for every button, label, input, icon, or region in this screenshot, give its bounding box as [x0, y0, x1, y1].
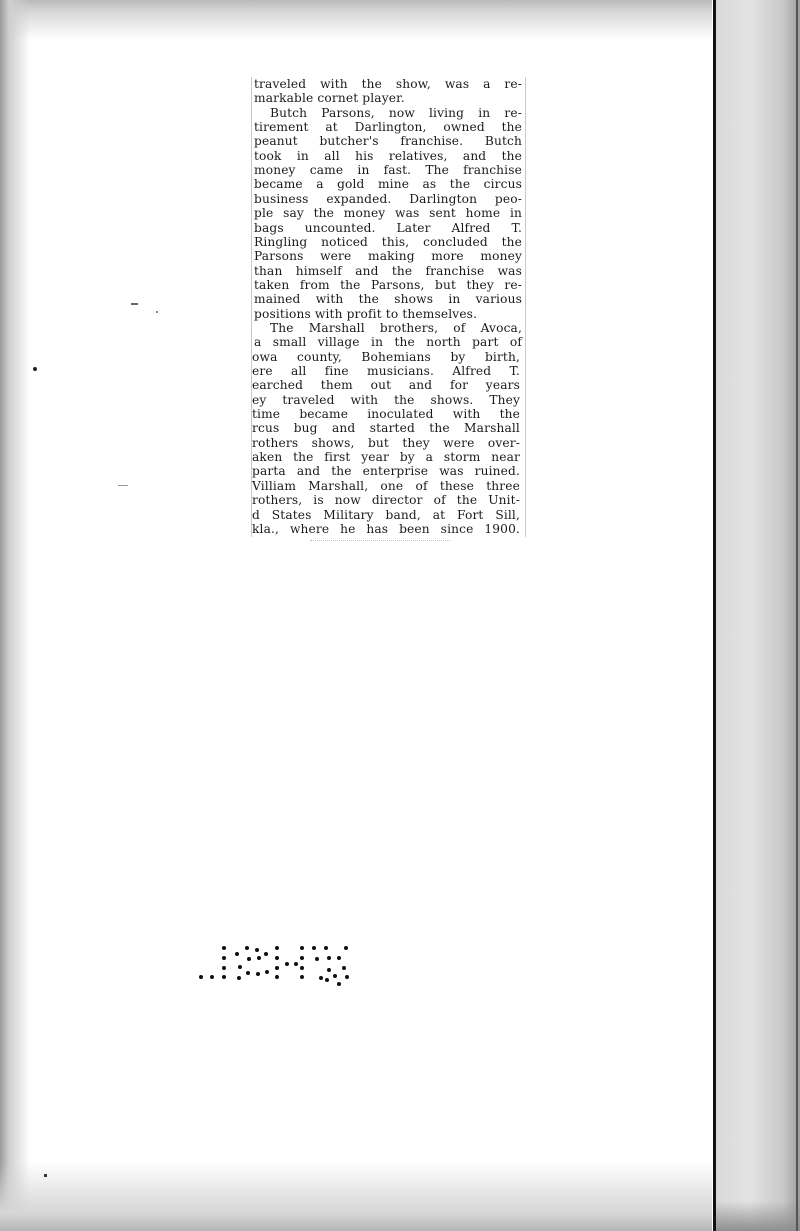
- scan-speck: [118, 485, 128, 486]
- perforation-dot: [315, 957, 319, 961]
- perforation-dot: [255, 948, 259, 952]
- article-line: Ringling noticed this, concluded the: [254, 235, 522, 249]
- article-line: markable cornet player.: [254, 91, 522, 105]
- article-line: d States Military band, at Fort Sill,: [252, 508, 520, 522]
- perforation-dot: [300, 946, 304, 950]
- article-line: bags uncounted. Later Alfred T.: [254, 221, 522, 235]
- article-line: traveled with the show, was a re-: [254, 77, 522, 91]
- perforation-dot: [265, 970, 269, 974]
- adjacent-page-strip: [716, 0, 800, 1231]
- perforation-dot: [294, 962, 298, 966]
- perforation-dot: [238, 965, 242, 969]
- perforation-dot: [257, 956, 261, 960]
- scan-speck: [44, 1174, 47, 1177]
- perforation-dot: [327, 968, 331, 972]
- article-line: mained with the shows in various: [254, 292, 522, 306]
- article-line: money came in fast. The franchise: [254, 163, 522, 177]
- paper-edge-top: [0, 0, 712, 40]
- perforation-dot: [285, 962, 289, 966]
- perforation-dot: [312, 946, 316, 950]
- article-line: rcus bug and started the Marshall: [252, 421, 520, 435]
- perforation-dot: [337, 956, 341, 960]
- outer-edge-line: [796, 0, 798, 1231]
- perforation-dot: [342, 966, 346, 970]
- article-line: business expanded. Darlington peo-: [254, 192, 522, 206]
- article-line: kla., where he has been since 1900.: [252, 522, 520, 536]
- perforation-dot: [275, 946, 279, 950]
- article-line: a small village in the north part of: [254, 335, 522, 349]
- perforation-dot: [319, 976, 323, 980]
- article-line: took in all his relatives, and the: [254, 149, 522, 163]
- article-line: rothers shows, but they were over-: [252, 436, 520, 450]
- article-line: taken from the Parsons, but they re-: [254, 278, 522, 292]
- perforation-dot: [222, 946, 226, 950]
- article-line: parta and the enterprise was ruined.: [252, 464, 520, 478]
- adjacent-page-shadow: [716, 1201, 800, 1231]
- article-line: time became inoculated with the: [252, 407, 520, 421]
- scan-speck: [131, 303, 138, 305]
- scanned-page: traveled with the show, was a re-markabl…: [0, 0, 800, 1231]
- paper-edge-left: [0, 0, 30, 1231]
- article-line: Villiam Marshall, one of these three: [252, 479, 520, 493]
- perforation-dot: [344, 946, 348, 950]
- article-line: ey traveled with the shows. They: [252, 393, 520, 407]
- perforation-dot: [275, 966, 279, 970]
- paper-edge-bottom: [0, 1161, 712, 1231]
- article-line: rothers, is now director of the Unit-: [252, 493, 520, 507]
- perforation-dot: [256, 972, 260, 976]
- article-line: owa county, Bohemians by birth,: [252, 350, 520, 364]
- perforation-dot: [275, 975, 279, 979]
- perforation-dot: [327, 956, 331, 960]
- perforation-dot: [235, 952, 239, 956]
- clipping-bottom-rule: [310, 540, 450, 541]
- article-line: became a gold mine as the circus: [254, 177, 522, 191]
- article-line: aken the first year by a storm near: [252, 450, 520, 464]
- perforation-dot: [264, 952, 268, 956]
- perforation-dot: [300, 966, 304, 970]
- perforation-dot: [325, 978, 329, 982]
- perforation-dot: [300, 975, 304, 979]
- perforation-dot: [210, 975, 214, 979]
- perforation-dot: [345, 975, 349, 979]
- article-line: positions with profit to themselves.: [254, 307, 522, 321]
- page-spine-line: [713, 0, 716, 1231]
- perforation-dot: [333, 974, 337, 978]
- perforation-dot: [246, 971, 250, 975]
- perforation-dot: [247, 957, 251, 961]
- perforation-dot: [222, 975, 226, 979]
- perforation-stamp: [197, 944, 357, 984]
- article-line: peanut butcher's franchise. Butch: [254, 134, 522, 148]
- perforation-dot: [245, 946, 249, 950]
- article-line: tirement at Darlington, owned the: [254, 120, 522, 134]
- perforation-dot: [222, 966, 226, 970]
- perforation-dot: [237, 976, 241, 980]
- article-line: earched them out and for years: [252, 378, 520, 392]
- perforation-dot: [337, 982, 341, 986]
- article-line: The Marshall brothers, of Avoca,: [254, 321, 522, 335]
- perforation-dot: [275, 956, 279, 960]
- perforation-dot: [199, 975, 203, 979]
- article-line: ple say the money was sent home in: [254, 206, 522, 220]
- scan-speck: [156, 311, 158, 313]
- article-line: Butch Parsons, now living in re-: [254, 106, 522, 120]
- newspaper-clipping: traveled with the show, was a re-markabl…: [251, 77, 526, 537]
- article-line: Parsons were making more money: [254, 249, 522, 263]
- perforation-dot: [222, 956, 226, 960]
- article-line: than himself and the franchise was: [254, 264, 522, 278]
- perforation-dot: [300, 956, 304, 960]
- scan-speck: [33, 367, 37, 371]
- perforation-dot: [324, 946, 328, 950]
- article-line: ere all fine musicians. Alfred T.: [252, 364, 520, 378]
